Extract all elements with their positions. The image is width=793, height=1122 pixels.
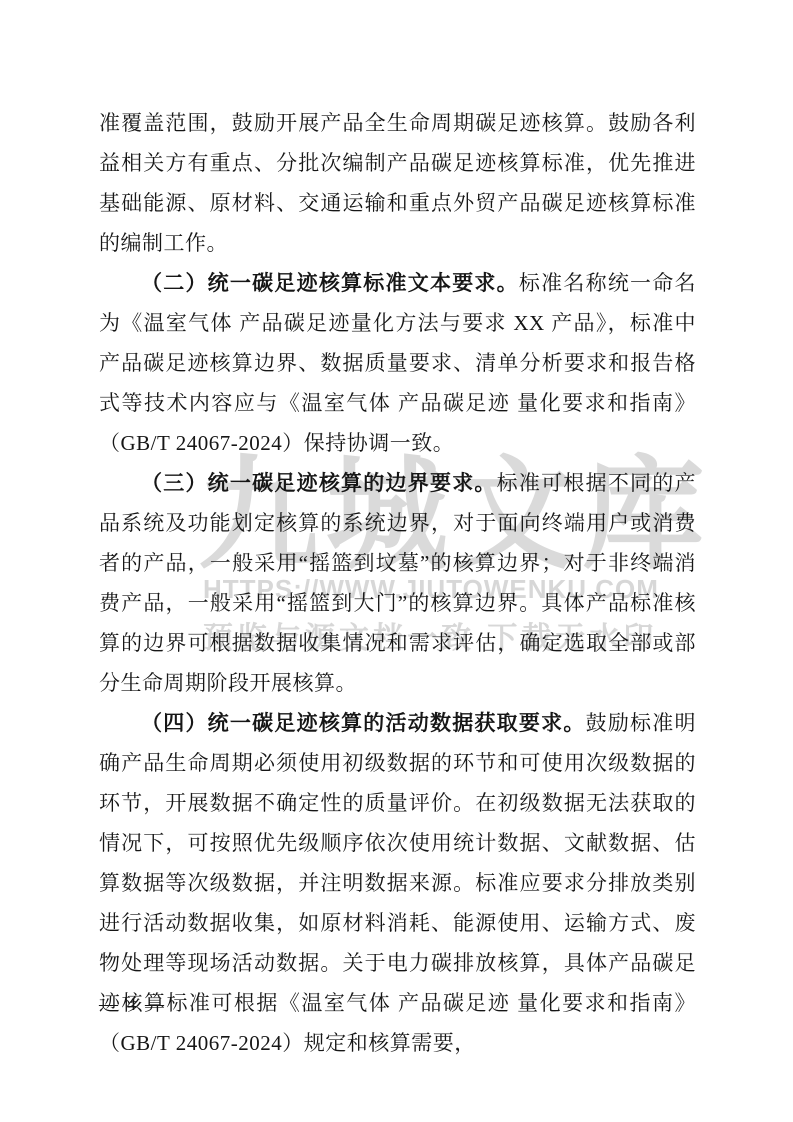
document-page: 九城文库 HTTPS://WWW.JIUTOWENKU.COM 预览与源文档一致… (0, 0, 793, 1122)
paragraph-lead: （四）统一碳足迹核算的活动数据获取要求。 (141, 711, 586, 735)
paragraph: （四）统一碳足迹核算的活动数据获取要求。鼓励标准明确产品生命周期必须使用初级数据… (99, 703, 696, 1063)
paragraph-text: 准覆盖范围，鼓励开展产品全生命周期碳足迹核算。鼓励各利益相关方有重点、分批次编制… (99, 111, 696, 255)
paragraph-text: 鼓励标准明确产品生命周期必须使用初级数据的环节和可使用次级数据的环节，开展数据不… (99, 711, 696, 1055)
document-body: 准覆盖范围，鼓励开展产品全生命周期碳足迹核算。鼓励各利益相关方有重点、分批次编制… (99, 103, 696, 1063)
paragraph-text: 标准可根据不同的产品系统及功能划定核算的系统边界，对于面向终端用户或消费者的产品… (99, 471, 696, 695)
page-number: — 4 — (99, 994, 166, 1016)
paragraph: （三）统一碳足迹核算的边界要求。标准可根据不同的产品系统及功能划定核算的系统边界… (99, 463, 696, 703)
paragraph: （二）统一碳足迹核算标准文本要求。标准名称统一命名为《温室气体 产品碳足迹量化方… (99, 263, 696, 463)
paragraph-text: 标准名称统一命名为《温室气体 产品碳足迹量化方法与要求 XX 产品》，标准中产品… (99, 271, 696, 455)
paragraph-lead: （二）统一碳足迹核算标准文本要求。 (141, 271, 519, 295)
paragraph-lead: （三）统一碳足迹核算的边界要求。 (141, 471, 497, 495)
paragraph: 准覆盖范围，鼓励开展产品全生命周期碳足迹核算。鼓励各利益相关方有重点、分批次编制… (99, 103, 696, 263)
